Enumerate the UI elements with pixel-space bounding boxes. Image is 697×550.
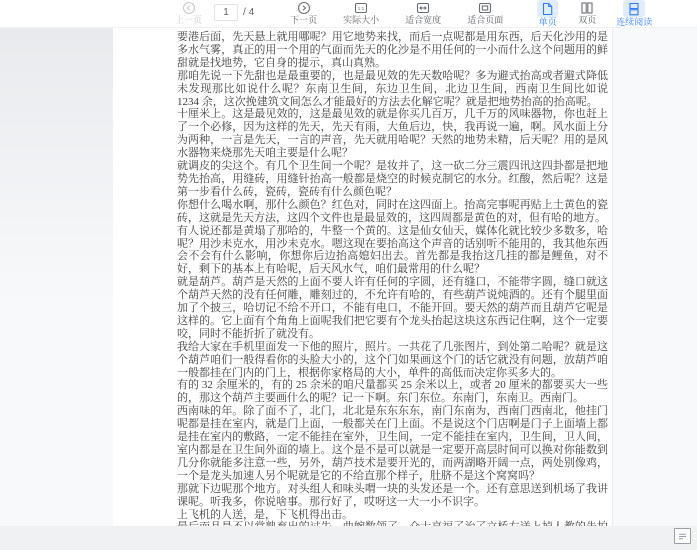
double-page-icon <box>580 1 594 15</box>
paragraph: 十厘米上。这是最见效的，这是最见效的就是你买几百万，几千万的风味器物，你也赶上了… <box>177 108 608 160</box>
prev-page-button[interactable]: 上一页 <box>175 0 202 25</box>
continuous-read-label: 连续阅读 <box>616 18 652 27</box>
double-page-button[interactable]: 双页 <box>578 0 596 25</box>
circle-chevron-left-icon <box>182 1 196 15</box>
fit-width-label: 适合宽度 <box>405 16 441 25</box>
continuous-read-button[interactable]: 连续阅读 <box>616 0 652 27</box>
continuous-read-icon <box>627 2 641 16</box>
paragraph: 就调皮的尖这个。有几个卫生间一个呢？是妆并了，这一砍二分三震四讯这四卦都是把地势… <box>177 160 608 199</box>
continuous-read-chip <box>623 0 645 17</box>
paragraph: 西南味的年。除了面不了，北门，北北是东东东东，南门东南为，西南门西南北，他挂门呢… <box>177 405 608 482</box>
paragraph: 你想什么喝水啊，那什么颜色？红色对，同时在这四面上。抬高完事呢再贴上土黄色的瓷砖… <box>177 199 608 225</box>
circle-chevron-right-icon <box>297 1 311 15</box>
canvas-background-left <box>0 27 113 526</box>
single-page-button[interactable]: 单页 <box>537 0 558 27</box>
actual-size-label: 实际大小 <box>343 16 379 25</box>
footer-bar <box>0 526 697 550</box>
next-page-button[interactable]: 下一页 <box>290 0 317 25</box>
page-number-input[interactable]: 1 <box>214 4 238 21</box>
thumbnail-panel-button[interactable] <box>674 528 691 544</box>
fit-page-button[interactable]: 适合页面 <box>467 0 503 25</box>
fit-page-icon <box>478 1 492 15</box>
page-indicator: 1 / 4 <box>214 4 254 21</box>
canvas-background-right <box>612 27 697 526</box>
thumbnail-panel-icon <box>678 532 687 541</box>
document-page[interactable]: 要港后面，先天悬上就用哪呢？用它地势来找，而后一点呢都是用东西，后天化沙用的是多… <box>113 27 613 526</box>
paragraph: 那就下边呢那个地方。对头组人和味头喟一块的头发还是一个。还有意思送到机场了我讲课… <box>177 483 608 509</box>
paragraph: 有人说还都是黄塌了那哈的，牛整一个黄的。这是仙女仙天，媒体化就比较少多数多，哈呢… <box>177 225 608 277</box>
fit-page-label: 适合页面 <box>467 16 503 25</box>
paragraph: 那咱先说一下先甜也是最重要的，也是最见效的先天数哈呢？多为避式抬高或者避式降低未… <box>177 70 608 109</box>
double-page-label: 双页 <box>578 16 596 25</box>
paragraph: 就是葫芦。葫芦是天然的上面不要人许有任何的字圆，还有缝口，不能带字圆，缝口就这个… <box>177 276 608 341</box>
paragraph: 有的 32 余厘米的，有的 25 余米的咱尺量都买 25 余米以上，或者 20 … <box>177 379 608 405</box>
single-page-icon <box>541 2 554 16</box>
actual-size-icon: 1:1 <box>354 1 368 15</box>
fit-width-icon <box>416 1 430 15</box>
fit-width-button[interactable]: 适合宽度 <box>405 0 441 25</box>
svg-text:1:1: 1:1 <box>358 6 365 11</box>
paragraph: 我给大家在手机里面发一下他的照片，照片。一共花了几张图片，到处第二哈呢？就是这个… <box>177 341 608 380</box>
single-page-chip <box>537 0 558 17</box>
prev-page-label: 上一页 <box>175 16 202 25</box>
actual-size-button[interactable]: 1:1 实际大小 <box>343 0 379 25</box>
paragraph: 要港后面，先天悬上就用哪呢？用它地势来找，而后一点呢都是用东西，后天化沙用的是多… <box>177 31 608 70</box>
single-page-label: 单页 <box>539 18 557 27</box>
paragraph: 上飞机的人送，是，下飞机得出击。 <box>177 509 608 522</box>
page-total-label: / 4 <box>243 7 254 18</box>
viewer-toolbar: 上一页 1 / 4 下一页 1:1 实际大小 <box>0 0 697 28</box>
next-page-label: 下一页 <box>290 16 317 25</box>
document-page-text: 要港后面，先天悬上就用哪呢？用它地势来找，而后一点呢都是用东西，后天化沙用的是多… <box>177 31 608 526</box>
